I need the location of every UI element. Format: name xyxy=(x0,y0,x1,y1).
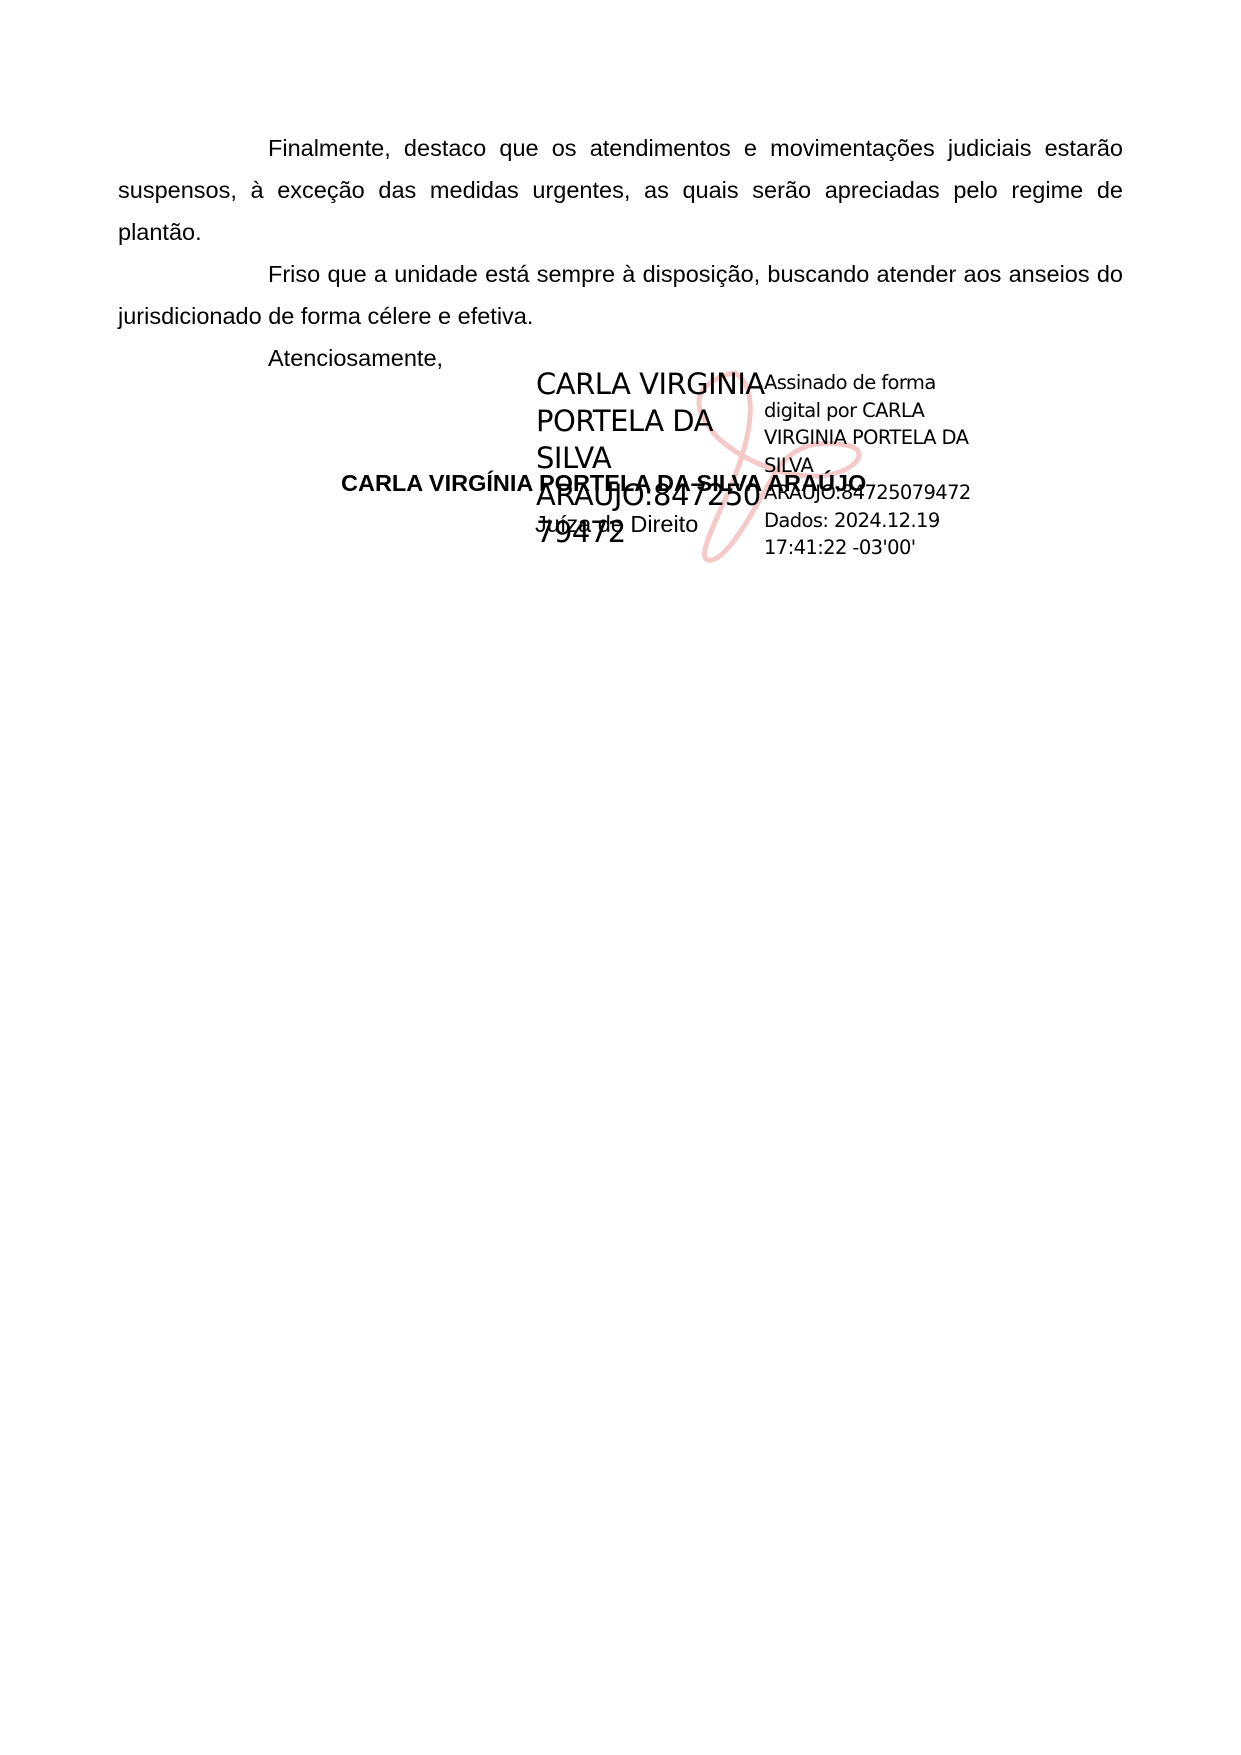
body-text: Finalmente, destaco que os atendimentos … xyxy=(118,127,1123,337)
paragraph-suspension-notice: Finalmente, destaco que os atendimentos … xyxy=(118,127,1123,253)
closing-salutation: Atenciosamente, xyxy=(268,337,443,379)
signer-role: Juíza de Direito xyxy=(535,510,698,538)
signature-stamp-details: Assinado de forma digital por CARLA VIRG… xyxy=(764,369,971,562)
signer-name: CARLA VIRGÍNIA PORTELA DA SILVA ARAÚJO xyxy=(341,469,866,497)
document-page: Finalmente, destaco que os atendimentos … xyxy=(0,0,1241,1755)
paragraph-availability: Friso que a unidade está sempre à dispos… xyxy=(118,253,1123,337)
